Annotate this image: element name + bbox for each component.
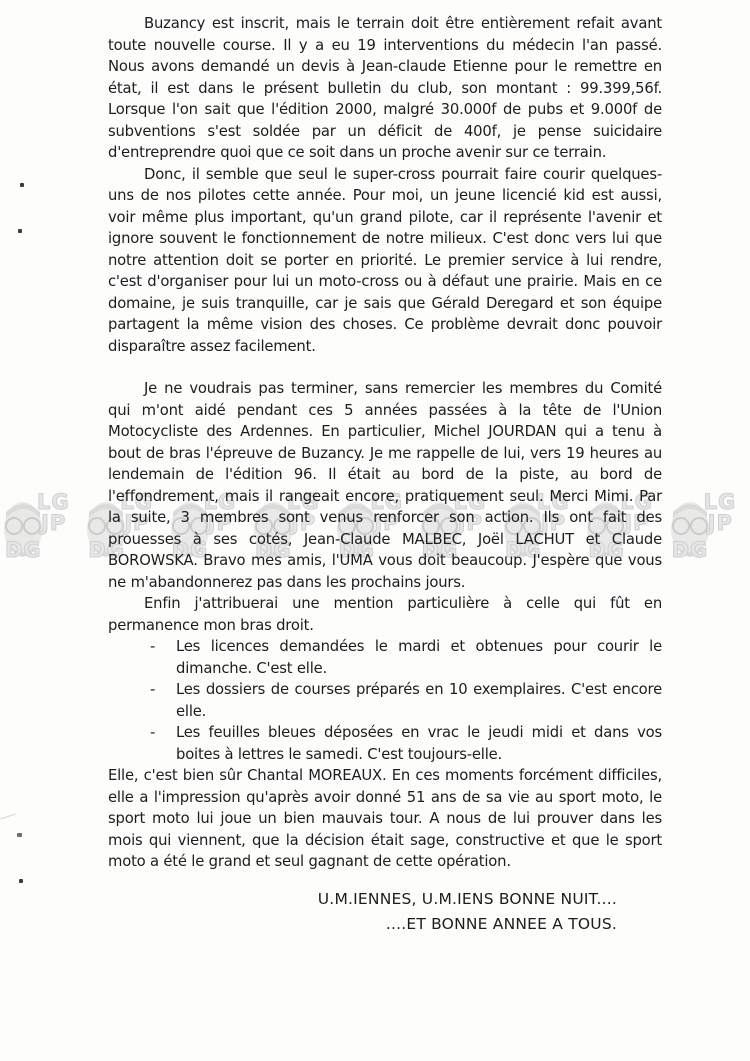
- closing-line-2: ....ET BONNE ANNEE A TOUS.: [108, 912, 617, 937]
- man-with-glasses-face-icon: [667, 498, 713, 562]
- scan-speck: [18, 229, 22, 233]
- watermark-letter-lg: LG: [37, 492, 70, 513]
- scan-speck: [19, 879, 23, 883]
- paragraph-comite: Je ne voudrais pas terminer, sans remerc…: [108, 378, 662, 593]
- paragraph-supercross: Donc, il semble que seul le super-cross …: [108, 164, 662, 358]
- bullet-dash: -: [150, 636, 155, 658]
- bullet-item-feuilles: - Les feuilles bleues déposées en vrac l…: [108, 722, 662, 765]
- scanned-document-page: LGJPDGLGJPDGLGJPDGLGJPDGLGJPDGLGJPDGLGJP…: [0, 0, 750, 1061]
- scan-speck: [20, 183, 24, 187]
- bullet-item-dossiers: - Les dossiers de courses préparés en 10…: [108, 679, 662, 722]
- watermark-unit: LGJPDG: [667, 492, 750, 570]
- watermark-letter-jp: JP: [41, 513, 66, 534]
- watermark-letter-lg: LG: [704, 492, 737, 513]
- closing-line-1: U.M.IENNES, U.M.IENS BONNE NUIT....: [108, 887, 617, 912]
- paragraph-mention: Enfin j'attribuerai une mention particul…: [108, 593, 662, 636]
- watermark-unit: LGJPDG: [0, 492, 83, 570]
- bullet-dash: -: [150, 679, 155, 701]
- bullet-item-licences: - Les licences demandées le mardi et obt…: [108, 636, 662, 679]
- man-with-glasses-face-icon: [0, 498, 46, 562]
- paragraph-chantal: Elle, c'est bien sûr Chantal MOREAUX. En…: [108, 765, 662, 873]
- bullet-text: Les feuilles bleues déposées en vrac le …: [176, 724, 662, 763]
- bullet-text: Les licences demandées le mardi et obten…: [176, 638, 662, 677]
- scan-speck: [17, 833, 22, 837]
- scan-scratch: [0, 814, 16, 820]
- watermark-letter-dg: DG: [5, 540, 42, 561]
- bullet-dash: -: [150, 722, 155, 744]
- bullet-text: Les dossiers de courses préparés en 10 e…: [176, 681, 662, 720]
- bullet-list: - Les licences demandées le mardi et obt…: [108, 636, 662, 765]
- watermark-letter-dg: DG: [672, 540, 709, 561]
- watermark-letter-jp: JP: [708, 513, 733, 534]
- document-text-block: Buzancy est inscrit, mais le terrain doi…: [108, 13, 662, 937]
- closing-block: U.M.IENNES, U.M.IENS BONNE NUIT.... ....…: [108, 887, 617, 937]
- paragraph-buzancy: Buzancy est inscrit, mais le terrain doi…: [108, 13, 662, 164]
